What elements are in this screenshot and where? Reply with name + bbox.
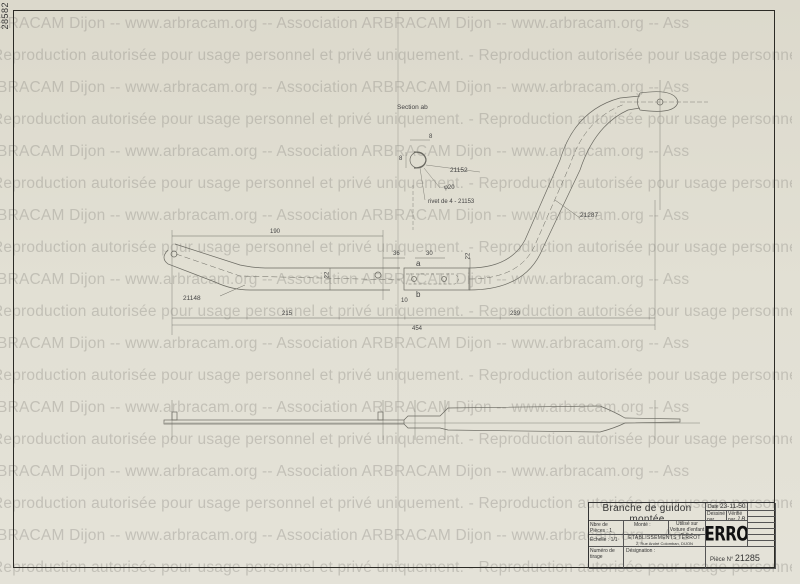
dim-36: 36 <box>393 251 400 257</box>
piece-number-label: Pièce N° <box>710 557 733 563</box>
drawn-by-cell: Dessiné par Berthon <box>706 511 727 521</box>
dim-section-8: 8 <box>429 134 432 140</box>
company-cell: ÉTABLISSEMENTS TERROT 2, Rue André Colom… <box>624 535 706 547</box>
dim-454: 454 <box>412 326 422 332</box>
drawing-sheet: 28582 Association ARBRACAM Dijon -- www.… <box>0 0 800 584</box>
dim-22: 22 <box>465 253 471 260</box>
drawing-title: Branche de guidon montée <box>589 503 705 521</box>
part-21287: 21287 <box>580 212 598 219</box>
utilise-cell: Utilisé sur Voiture d'enfant D.S.A <box>669 521 706 535</box>
utilise-value: Voiture d'enfant D.S.A <box>669 527 705 535</box>
terrot-logo: TERROT <box>706 522 748 545</box>
tirage-label: Numéro de tirage <box>590 548 615 560</box>
dim-215: 215 <box>282 311 292 317</box>
dim-10: 10 <box>401 298 408 304</box>
drawn-by-label: Dessiné par <box>707 511 725 521</box>
technical-drawing <box>0 0 800 584</box>
date-value: 23-11-50 <box>720 503 746 510</box>
dim-239: 239 <box>510 311 520 317</box>
section-mark-a: a <box>416 259 420 268</box>
dim-30: 30 <box>426 251 433 257</box>
echelle-value: 1/1 <box>611 537 618 543</box>
designation-cell: Désignation : <box>624 547 706 569</box>
part-21152: 21152 <box>450 167 468 174</box>
echelle-label: Échelle : <box>590 537 609 543</box>
piece-number-cell: Pièce N° 21285 <box>706 547 776 569</box>
dim-section-height: 8 <box>399 156 402 162</box>
part-21148: 21148 <box>183 295 201 302</box>
title-cell: Branche de guidon montée (côté gauche) <box>589 503 706 521</box>
montee-cell: Monté : <box>624 521 669 535</box>
tirage-cell: Numéro de tirage <box>589 547 624 569</box>
pieces-label: Pièces : <box>590 528 608 534</box>
dim-190: 190 <box>270 229 280 235</box>
title-block: Branche de guidon montée (côté gauche) D… <box>588 502 775 568</box>
section-mark-b: b <box>416 290 420 299</box>
part-rivet: rivet de 4 - 21153 <box>428 199 474 205</box>
revision-cell-1 <box>748 503 776 511</box>
dim-22b: 22 <box>324 272 330 279</box>
pieces-cell: Nbre de Pièces : 1 <box>589 521 624 535</box>
pieces-value: 1 <box>609 528 612 534</box>
date-label: Date <box>708 504 719 510</box>
brand-cell: TERROT <box>706 521 748 547</box>
dim-phi20: φ20 <box>444 185 455 191</box>
designation-label: Désignation : <box>626 548 655 554</box>
echelle-cell: Échelle : 1/1 <box>589 535 624 547</box>
section-label: Section ab <box>397 104 428 111</box>
montee-label: Monté : <box>634 522 651 528</box>
company-address: 2, Rue André Colomban, DIJON <box>624 541 705 546</box>
checked-by-cell: Vérifié par J.B. <box>727 511 748 521</box>
date-cell: Date 23-11-50 <box>706 503 748 511</box>
piece-number-value: 21285 <box>735 553 760 563</box>
